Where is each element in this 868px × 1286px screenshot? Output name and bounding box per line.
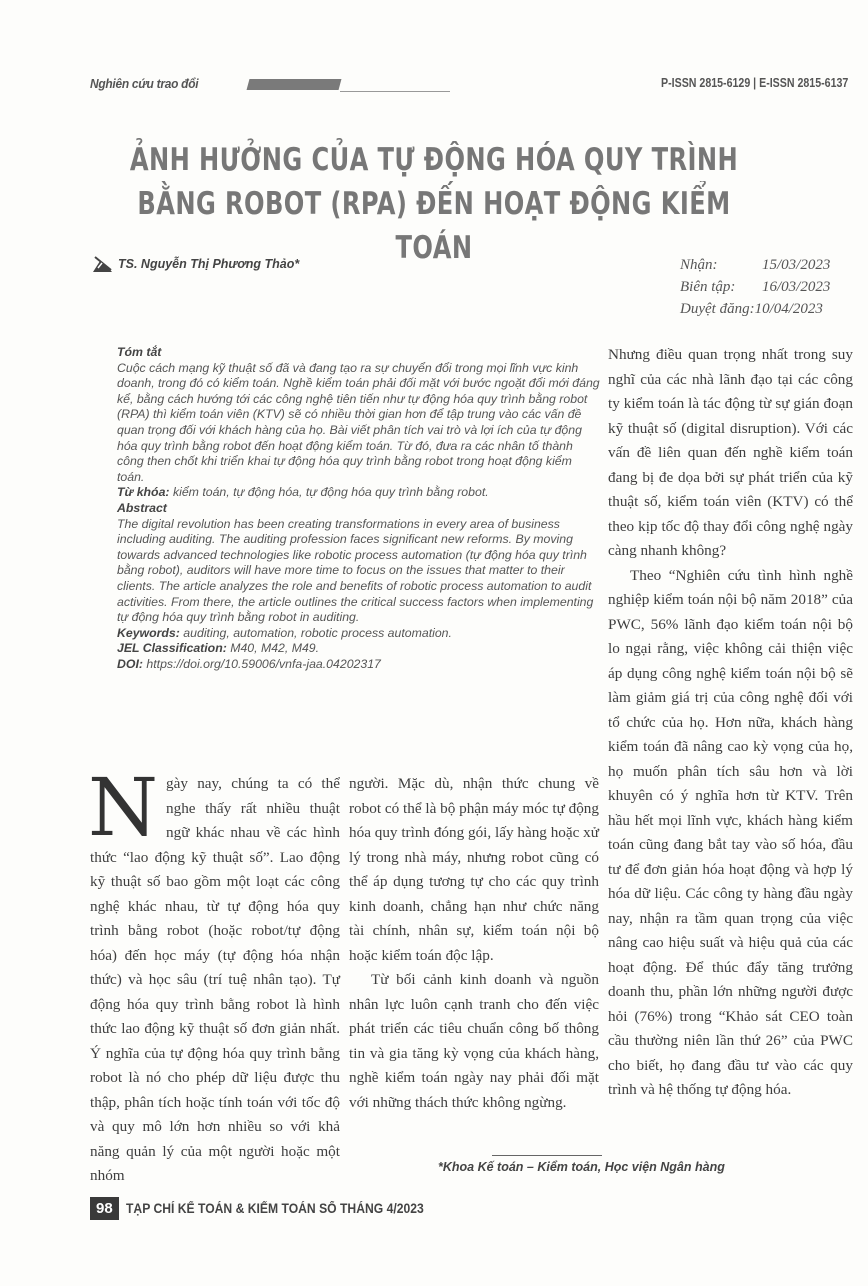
jel-classification: JEL Classification: M40, M42, M49. [117, 641, 600, 657]
footnote-rule [492, 1155, 602, 1156]
paragraph: Theo “Nghiên cứu tình hình nghề nghiệp k… [608, 564, 853, 1103]
journal-name: TẠP CHÍ KẾ TOÁN & KIỂM TOÁN SỐ THÁNG 4/2… [126, 1201, 424, 1216]
header-rule [340, 91, 450, 92]
author-affiliation-footnote: *Khoa Kế toán – Kiểm toán, Học viện Ngân… [438, 1160, 725, 1174]
body-column-3: Nhưng điều quan trọng nhất trong suy ngh… [608, 343, 853, 1103]
section-label: Nghiên cứu trao đổi [90, 76, 198, 91]
abstract-en-text: The digital revolution has been creating… [117, 517, 600, 626]
author-name: TS. Nguyễn Thị Phương Thảo* [118, 257, 299, 271]
doi-link[interactable]: https://doi.org/10.59006/vnfa-jaa.042023… [146, 657, 381, 671]
author-byline: TS. Nguyễn Thị Phương Thảo* [92, 255, 299, 273]
paragraph: Từ bối cảnh kinh doanh và nguồn nhân lực… [349, 968, 599, 1115]
paragraph: người. Mặc dù, nhận thức chung về robot … [349, 772, 599, 968]
page-number: 98 [90, 1197, 119, 1220]
running-header: Nghiên cứu trao đổi P-ISSN 2815-6129 | E… [90, 76, 848, 98]
date-received: Nhận: 15/03/2023 [680, 254, 830, 276]
keywords-en: Keywords: auditing, automation, robotic … [117, 626, 600, 642]
paragraph: Nhưng điều quan trọng nhất trong suy ngh… [608, 343, 853, 564]
keywords-vi: Từ khóa: kiểm toán, tự động hóa, tự động… [117, 485, 600, 501]
abstract-block: Tóm tắt Cuộc cách mạng kỹ thuật số đã và… [117, 345, 600, 672]
header-decorative-bar [247, 79, 342, 90]
abstract-vi-heading: Tóm tắt [117, 345, 600, 361]
date-approved: Duyệt đăng: 10/04/2023 [680, 298, 830, 320]
date-edited: Biên tập: 16/03/2023 [680, 276, 830, 298]
pen-writing-icon [92, 255, 114, 273]
article-dates: Nhận: 15/03/2023 Biên tập: 16/03/2023 Du… [680, 254, 830, 320]
doi: DOI: https://doi.org/10.59006/vnfa-jaa.0… [117, 657, 600, 673]
drop-cap: N [88, 775, 158, 845]
abstract-vi-text: Cuộc cách mạng kỹ thuật số đã và đang tạ… [117, 361, 600, 486]
issn-label: P-ISSN 2815-6129 | E-ISSN 2815-6137 [661, 76, 848, 90]
body-column-1: N gày nay, chúng ta có thể nghe thấy rất… [90, 772, 340, 1189]
article-title: ẢNH HƯỞNG CỦA TỰ ĐỘNG HÓA QUY TRÌNH BẰNG… [0, 138, 868, 270]
title-line-1: ẢNH HƯỞNG CỦA TỰ ĐỘNG HÓA QUY TRÌNH [95, 138, 772, 182]
page-footer: 98 TẠP CHÍ KẾ TOÁN & KIỂM TOÁN SỐ THÁNG … [90, 1197, 457, 1220]
body-column-2: người. Mặc dù, nhận thức chung về robot … [349, 772, 599, 1115]
abstract-en-heading: Abstract [117, 501, 600, 517]
